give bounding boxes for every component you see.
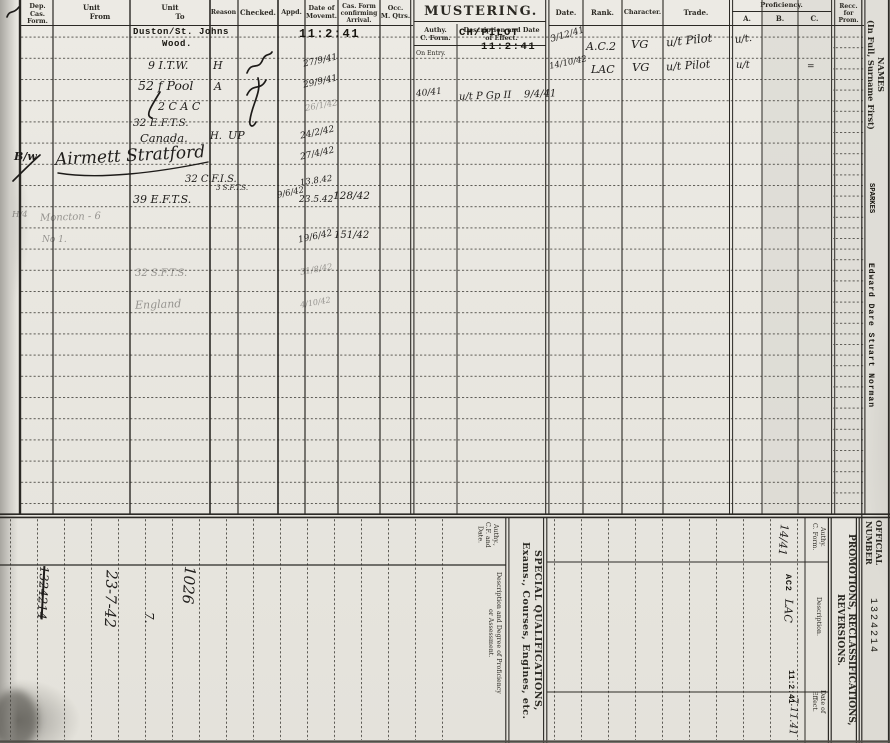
col-header-character: Character.	[622, 9, 663, 17]
col-header-checked: Checked.	[238, 9, 278, 17]
movement-dep-note: H/4	[12, 210, 28, 220]
movement-to: 52 f Pool	[138, 78, 193, 93]
movement-dep-note: B/w	[14, 150, 37, 163]
sq-col-header-description: Description and Degree of Proficiency or…	[486, 572, 502, 694]
sq-col-header-authy: Authy., C.F. and Date.	[475, 522, 499, 548]
movement-from: No 1.	[42, 235, 67, 245]
names-strip-label: NAMES (In Full, Surname First)	[866, 20, 887, 130]
movement-checked: UP	[228, 129, 245, 142]
col-header-recc-for-prom: Recc. for Prom.	[835, 3, 862, 24]
assessment-prof-a: u/t.	[734, 33, 752, 46]
col-header-dep-cas-form: Dep. Cas. Form.	[22, 3, 53, 26]
pr-col-header-description: Description.	[814, 597, 822, 636]
assessment-character: VG	[631, 37, 649, 51]
col-header-appd: Appd.	[278, 9, 305, 17]
movement-to: 39 E.F.T.S.	[133, 193, 191, 206]
mustering-on-entry-desc: CH/PILOT	[459, 27, 519, 39]
col-header-date: Date.	[549, 9, 583, 17]
movement-reason: H	[213, 59, 223, 72]
movement-to: 32 S.F.T.S.	[135, 268, 187, 279]
movement-cas-form: 128/42	[333, 190, 370, 202]
pr-col-header-date-of-effect: Date of Effect.	[810, 690, 826, 713]
row-label-on-entry: On Entry.	[416, 50, 456, 57]
movement-cas-form: 151/42	[334, 230, 369, 241]
section-title-promotions: PROMOTIONS, RECLASSIFICATIONS, REVERSION…	[834, 519, 857, 740]
record-card-scan: Dep. Cas. Form. Unit From Unit To Reason…	[0, 0, 890, 743]
col-header-unit-to: To	[150, 13, 210, 21]
col-header-unit-to-unit: Unit	[130, 4, 210, 12]
movement-date: 23.5.42	[299, 195, 333, 205]
col-header-prof-c: C.	[798, 15, 831, 23]
movement-to: England	[135, 297, 182, 312]
sq-entry-struck-number: 1324214	[34, 566, 52, 620]
pr-authy-entry: 14/41	[775, 524, 791, 557]
col-header-trade: Trade.	[663, 9, 729, 17]
col-header-unit-from-unit: Unit	[53, 4, 130, 12]
movement-to-line2: 3 S.F.T.S.	[216, 184, 248, 192]
airman-forenames: Edward Dare Stuart Norman	[865, 263, 875, 408]
airman-surname: SPARKES	[866, 183, 875, 213]
pr-date-entry: 7.11.41	[785, 697, 799, 736]
mustering-on-entry-date: 11:2:41	[481, 41, 536, 53]
assessment-rank: LAC	[591, 63, 615, 76]
col-header-reason: Reason	[209, 9, 238, 16]
pr-col-header-authy: Authy. C. Form.	[810, 523, 826, 550]
official-number-label: OFFICIAL NUMBER	[864, 520, 885, 565]
col-header-date-of-movemt: Date of Movemt.	[305, 5, 338, 20]
pr-desc-entry: LAC	[781, 599, 796, 623]
form-grid	[0, 0, 890, 743]
sq-entry-note: 7.	[141, 612, 156, 623]
movement-to: 9 I.T.W.	[148, 59, 188, 72]
movement-to: 32 E.F.T.S.	[133, 117, 189, 129]
pr-desc-entry: AC2	[782, 574, 793, 592]
col-header-unit-from: From	[70, 13, 130, 21]
section-title-mustering: MUSTERING.	[416, 4, 546, 19]
col-header-occ-m-qtrs: Occ. M. Qtrs.	[380, 5, 411, 20]
col-header-rank: Rank.	[583, 9, 622, 17]
col-header-prof-a: A.	[732, 15, 762, 23]
movement-reason: H.	[210, 131, 222, 142]
col-header-authy-c-form: Authy. C. Form.	[415, 27, 456, 42]
movement-to: Duston/St. Johns	[133, 27, 229, 37]
movement-to: 2 C A C	[158, 100, 200, 113]
sq-entry-number: 1026	[178, 565, 199, 604]
assessment-prof-a: u/t	[736, 60, 750, 71]
assessment-character: VG	[632, 60, 650, 74]
sq-entry-date: 23-7-42	[100, 570, 121, 628]
col-header-cas-form-confirming: Cas. Form confirming Arrival.	[338, 3, 380, 24]
movement-reason: A	[214, 80, 222, 93]
official-number-value: 1324214	[866, 598, 879, 654]
assessment-rank: A.C.2	[586, 40, 616, 53]
assessment-prof-c: =	[807, 62, 815, 72]
movement-to-line2: Wood.	[162, 39, 192, 49]
section-title-special-qualifications: SPECIAL QUALIFICATIONS, Exams., Courses,…	[519, 520, 543, 741]
margin-check-mark	[7, 7, 19, 17]
movement-date: 11:2:41	[299, 27, 360, 41]
col-header-proficiency: Proficiency.	[732, 2, 831, 10]
movement-from: Moncton - 6	[40, 211, 101, 224]
col-header-prof-b: B.	[762, 15, 798, 23]
